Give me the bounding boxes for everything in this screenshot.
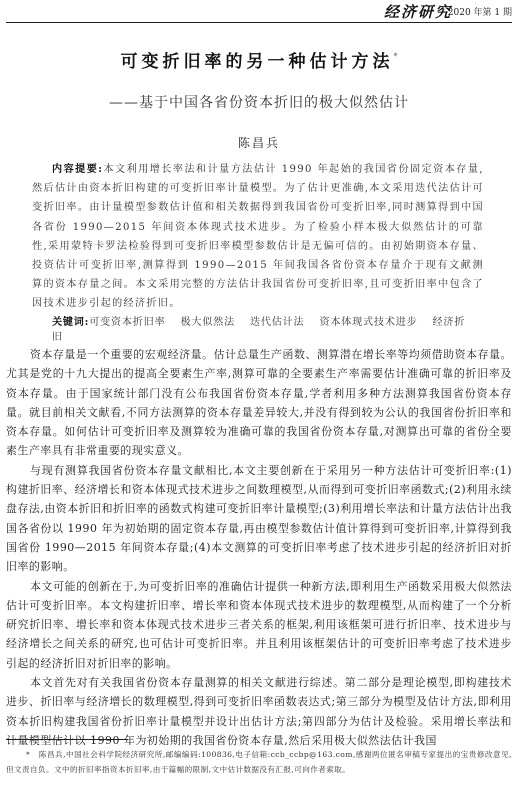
abstract-text: 本文利用增长率法和计量方法估计 1990 年起始的我国省份固定资本存量,然后估计… (32, 164, 484, 309)
abstract: 内容提要:本文利用增长率法和计量方法估计 1990 年起始的我国省份固定资本存量… (32, 160, 484, 314)
keywords: 关键词:可变资本折旧率 极大似然法 迭代估计法 资本体现式技术进步 经济折旧 (52, 313, 484, 343)
body-paragraph: 本文可能的创新在于,为可变折旧率的准确估计提供一种新方法,即利用生产函数采用极大… (6, 577, 512, 673)
keywords-label: 关键词: (52, 317, 89, 328)
issue-number: 2020 年第 1 期 (448, 5, 512, 18)
author-name: 陈昌兵 (0, 134, 518, 151)
article-title: 可变折旧率的另一种估计方法* (0, 47, 518, 72)
footnote-mark[interactable]: * (394, 52, 398, 61)
keyword: 可变资本折旧率 (89, 317, 165, 328)
footnote-divider (6, 739, 128, 740)
footnote-marker: * (26, 750, 30, 759)
article-subtitle: ——基于中国各省份资本折旧的极大似然估计 (0, 92, 518, 112)
body-paragraph: 资本存量是一个重要的宏观经济量。估计总量生产函数、测算潜在增长率等均须借助资本存… (6, 345, 512, 461)
footnote: * 陈昌兵,中国社会科学院经济研究所,邮编编码:100836,电子信箱:ccb_… (6, 748, 512, 777)
keyword: 迭代估计法 (250, 317, 304, 328)
running-header: 经济研究 2020 年第 1 期 (6, 0, 512, 23)
keyword: 极大似然法 (181, 317, 235, 328)
abstract-label: 内容提要: (52, 164, 103, 175)
footnote-text: 陈昌兵,中国社会科学院经济研究所,邮编编码:100836,电子信箱:ccb_cc… (6, 750, 512, 774)
title-text: 可变折旧率的另一种估计方法 (121, 52, 394, 72)
body-text: 资本存量是一个重要的宏观经济量。估计总量生产函数、测算潜在增长率等均须借助资本存… (6, 345, 512, 750)
keyword: 资本体现式技术进步 (319, 317, 417, 328)
body-paragraph: 与现有测算我国省份资本存量文献相比,本文主要创新在于采用另一种方法估计可变折旧率… (6, 461, 512, 577)
journal-name: 经济研究 (384, 1, 452, 22)
